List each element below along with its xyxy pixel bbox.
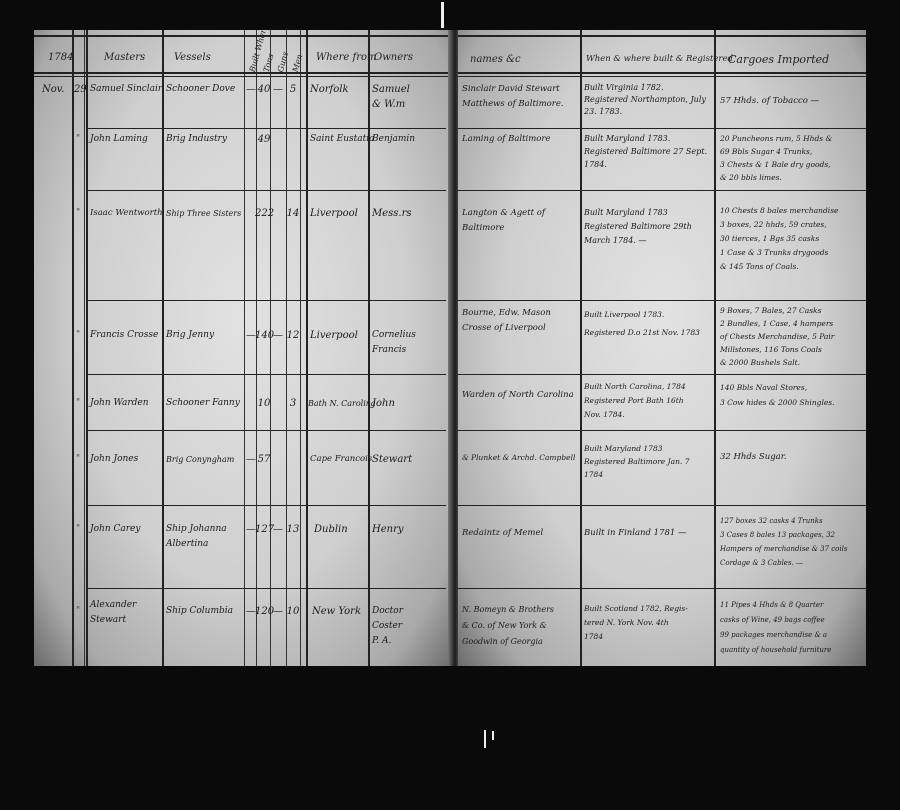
row-where-from: Liverpool bbox=[310, 206, 358, 221]
row-month: Nov. bbox=[42, 82, 64, 97]
scan-mark-bottom-2 bbox=[492, 731, 494, 740]
row-master: John Laming bbox=[90, 132, 148, 147]
header-where-from: Where from bbox=[316, 50, 377, 65]
row-cargo: 57 Hhds. of Tobacco — bbox=[720, 94, 819, 109]
scan-mark-top bbox=[441, 2, 444, 28]
row-master: Isaac Wentworth bbox=[90, 206, 163, 221]
header-when-built: When & where built & Registered bbox=[586, 52, 733, 67]
row-guns: — bbox=[271, 604, 285, 619]
row-day: " bbox=[76, 132, 80, 147]
row-men: 14 bbox=[286, 206, 300, 221]
row-built: — bbox=[246, 82, 256, 97]
row-tons: 222 bbox=[255, 206, 273, 221]
right-page: names &c When & where built & Registered… bbox=[458, 30, 866, 666]
row-vessel: Schooner Fanny bbox=[166, 396, 240, 411]
row-master: John Jones bbox=[90, 452, 138, 467]
row-owners: Samuel & W.m bbox=[372, 82, 410, 112]
row-cargo: 32 Hhds Sugar. bbox=[720, 450, 787, 465]
row-names: Langton & Agett of Baltimore bbox=[462, 206, 545, 236]
row-cargo: 20 Puncheons rum, 5 Hhds & 69 Bbls Sugar… bbox=[720, 132, 832, 184]
ledger-book: 1784 Masters Vessels Built Where Tons Gu… bbox=[34, 30, 866, 666]
left-page: 1784 Masters Vessels Built Where Tons Gu… bbox=[34, 30, 454, 666]
header-vessels: Vessels bbox=[174, 50, 211, 65]
row-names: Redaintz of Memel bbox=[462, 526, 543, 541]
row-day: " bbox=[76, 206, 80, 221]
row-owners: Cornelius Francis bbox=[372, 328, 416, 358]
row-owners: Benjamin bbox=[372, 132, 415, 147]
row-men: 12 bbox=[286, 328, 300, 343]
row-day: " bbox=[76, 604, 80, 619]
row-where-from: New York bbox=[312, 604, 361, 619]
row-men: 10 bbox=[286, 604, 300, 619]
row-tons: 49 bbox=[256, 132, 272, 147]
row-when-built: Built Scotland 1782, Regis- tered N. Yor… bbox=[584, 602, 688, 644]
row-vessel: Brig Jenny bbox=[166, 328, 214, 343]
row-master: Alexander Stewart bbox=[90, 598, 136, 628]
row-day: 29 bbox=[74, 82, 87, 97]
row-owners: Stewart bbox=[372, 452, 412, 467]
row-guns: — bbox=[271, 522, 285, 537]
row-owners: Doctor Coster P. A. bbox=[372, 604, 403, 649]
row-day: " bbox=[76, 328, 80, 343]
row-where-from: Norfolk bbox=[310, 82, 349, 97]
row-where-from: Cape Francois bbox=[310, 452, 372, 467]
header-masters: Masters bbox=[104, 50, 145, 65]
row-tons: 57 bbox=[256, 452, 272, 467]
row-names: Sinclair David Stewart Matthews of Balti… bbox=[462, 82, 578, 112]
row-tons: 40 bbox=[256, 82, 272, 97]
scan-mark-bottom bbox=[484, 730, 486, 748]
row-cargo: 10 Chests 8 bales merchandise 3 boxes, 2… bbox=[720, 204, 838, 274]
row-men: 3 bbox=[286, 396, 300, 411]
row-master: John Warden bbox=[90, 396, 149, 411]
row-cargo: 9 Boxes, 7 Bales, 27 Casks 2 Bundles, 1 … bbox=[720, 304, 834, 369]
row-when-built: Built Maryland 1783. Registered Baltimor… bbox=[584, 132, 707, 171]
row-where-from: Saint Eustatia bbox=[310, 132, 375, 147]
row-day: " bbox=[76, 522, 80, 537]
row-when-built: Built North Carolina, 1784 Registered Po… bbox=[584, 380, 686, 422]
row-cargo: 140 Bbls Naval Stores, 3 Cow hides & 200… bbox=[720, 380, 835, 410]
row-owners: John bbox=[372, 396, 395, 411]
header-owners: Owners bbox=[374, 50, 413, 65]
row-tons: 10 bbox=[256, 396, 272, 411]
header-men: Men bbox=[288, 53, 307, 74]
row-cargo: 11 Pipes 4 Hhds & 8 Quarter casks of Win… bbox=[720, 598, 831, 658]
header-names: names &c bbox=[470, 52, 521, 67]
row-master: John Carey bbox=[90, 522, 140, 537]
row-owners: Mess.rs bbox=[372, 206, 412, 221]
header-year: 1784 bbox=[48, 50, 73, 65]
row-when-built: Built Maryland 1783 Registered Baltimore… bbox=[584, 206, 692, 248]
row-where-from: Dublin bbox=[314, 522, 348, 537]
row-master: Samuel Sinclair bbox=[90, 82, 162, 97]
row-day: " bbox=[76, 452, 80, 467]
row-when-built: Built Maryland 1783 Registered Baltimore… bbox=[584, 442, 689, 481]
row-guns: — bbox=[271, 328, 285, 343]
row-where-from: Liverpool bbox=[310, 328, 358, 343]
row-vessel: Brig Industry bbox=[166, 132, 227, 147]
row-vessel: Brig Conyngham bbox=[166, 452, 234, 467]
row-when-built: Built Virginia 1782. Registered Northamp… bbox=[584, 82, 706, 118]
row-when-built: Built in Finland 1781 — bbox=[584, 526, 687, 541]
row-names: Bourne, Edw. Mason Crosse of Liverpool bbox=[462, 306, 551, 336]
row-where-from: Bath N. Carolina bbox=[308, 396, 376, 411]
row-vessel: Ship Three Sisters bbox=[166, 206, 241, 221]
row-vessel: Schooner Dove bbox=[166, 82, 235, 97]
row-guns: — bbox=[271, 82, 285, 97]
row-owners: Henry bbox=[372, 522, 404, 537]
row-cargo: 127 boxes 32 casks 4 Trunks 3 Cases 8 ba… bbox=[720, 514, 847, 570]
row-names: Warden of North Carolina bbox=[462, 388, 574, 403]
row-names: N. Bomeyn & Brothers & Co. of New York &… bbox=[462, 602, 554, 650]
row-built: — bbox=[246, 452, 256, 467]
row-men: 5 bbox=[286, 82, 300, 97]
row-names: & Plunket & Archd. Campbell bbox=[462, 450, 575, 465]
row-vessel: Ship Johanna Albertina bbox=[166, 522, 227, 552]
row-vessel: Ship Columbia bbox=[166, 604, 233, 619]
row-men: 13 bbox=[286, 522, 300, 537]
row-names: Laming of Baltimore bbox=[462, 132, 551, 147]
row-day: " bbox=[76, 396, 80, 411]
header-cargoes: Cargoes Imported bbox=[728, 52, 829, 67]
row-when-built: Built Liverpool 1783. Registered D.o 21s… bbox=[584, 306, 700, 342]
row-master: Francis Crosse bbox=[90, 328, 158, 343]
